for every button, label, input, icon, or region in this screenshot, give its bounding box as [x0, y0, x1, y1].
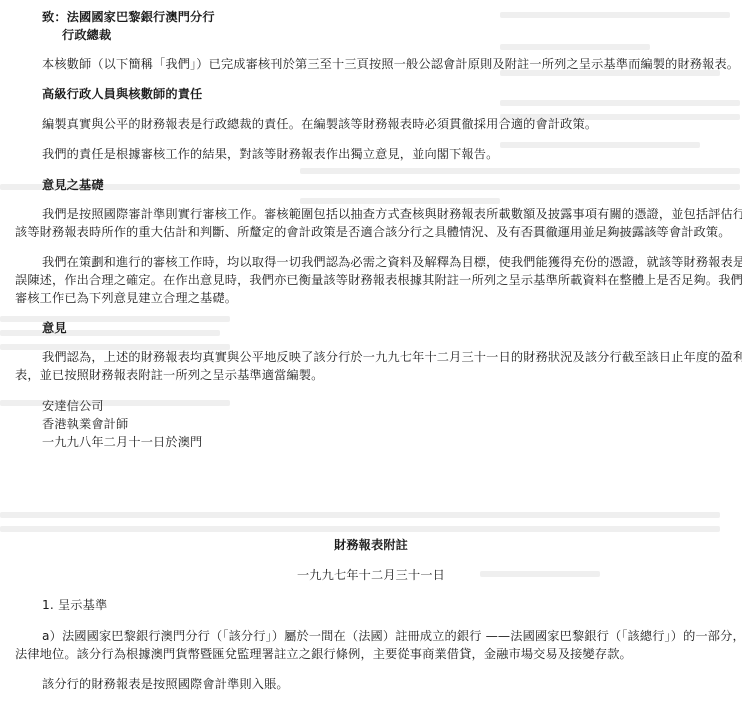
addressee-title: 行政總裁 — [62, 28, 111, 43]
note-1a-line-2: 法律地位。該分行為根據澳門貨幣暨匯兌監理署註立之銀行條例，主要從事商業借貸，金融… — [15, 647, 632, 662]
basis-paragraph-2-line-1: 我們在策劃和進行的審核工作時，均以取得一切我們認為必需之資料及解釋為目標，使我們… — [42, 255, 742, 270]
opinion-paragraph-line-1: 我們認為，上述的財務報表均真實與公平地反映了該分行於一九九七年十二月三十一日的財… — [42, 350, 742, 365]
notes-date: 一九九七年十二月三十一日 — [0, 568, 742, 583]
intro-paragraph: 本核數師（以下簡稱「我們」）已完成審核刊於第三至十三頁按照一般公認會計原則及附註… — [42, 57, 739, 72]
signature-title: 香港執業會計師 — [42, 417, 128, 432]
opinion-paragraph-line-2: 表，並已按照財務報表附註一所列之呈示基準適當編製。 — [15, 368, 323, 383]
responsibilities-paragraph-2: 我們的責任是根據審核工作的結果，對該等財務報表作出獨立意見，並向閣下報告。 — [42, 147, 499, 162]
scanned-document-page: 致：法國國家巴黎銀行澳門分行 行政總裁 本核數師（以下簡稱「我們」）已完成審核刊… — [0, 0, 742, 706]
basis-paragraph-2-line-3: 審核工作已為下列意見建立合理之基礎。 — [15, 291, 237, 306]
section-heading-responsibilities: 高級行政人員與核數師的責任 — [42, 87, 202, 102]
signature-date-place: 一九九八年二月十一日於澳門 — [42, 435, 202, 450]
signature-firm: 安達信公司 — [42, 399, 104, 414]
basis-paragraph-2-line-2: 誤陳述，作出合理之確定。在作出意見時，我們亦已衡量該等財務報表根據其附註一所列之… — [15, 273, 742, 288]
basis-paragraph-1-line-1: 我們是按照國際審計準則實行審核工作。審核範圍包括以抽查方式查核與財務報表所載數額… — [42, 207, 742, 222]
basis-paragraph-1-line-2: 該等財務報表時所作的重大估計和判斷、所釐定的會計政策是否適合該分行之具體情況、及… — [15, 225, 731, 240]
notes-title: 財務報表附註 — [0, 538, 742, 553]
responsibilities-paragraph-1: 編製真實與公平的財務報表是行政總裁的責任。在編製該等財務報表時必須貫徹採用合適的… — [42, 117, 597, 132]
section-heading-opinion: 意見 — [42, 321, 67, 336]
note-1a-line-1: a）法國國家巴黎銀行澳門分行（「該分行」）屬於一間在（法國）註冊成立的銀行 ——… — [42, 629, 742, 644]
section-heading-basis: 意見之基礎 — [42, 178, 104, 193]
note-1-paragraph-2: 該分行的財務報表是按照國際會計準則入賬。 — [42, 677, 289, 692]
addressee-line: 致：法國國家巴黎銀行澳門分行 — [42, 10, 215, 25]
note-1-heading: 1. 呈示基準 — [42, 598, 107, 613]
